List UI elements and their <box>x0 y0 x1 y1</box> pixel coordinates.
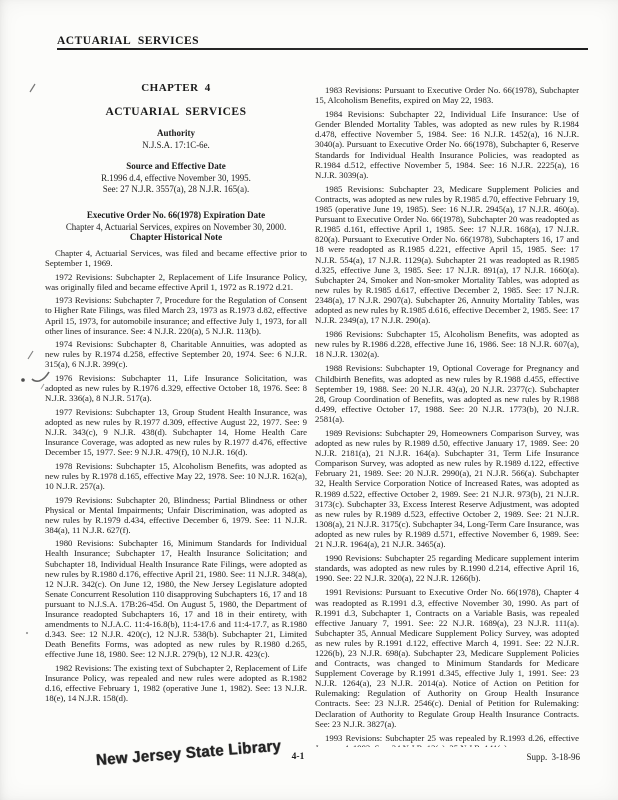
chapter-title: ACTUARIAL SERVICES <box>45 107 307 117</box>
revision-paragraph-1993: 1993 Revisions: Subchapter 25 was repeal… <box>315 733 579 747</box>
left-column: CHAPTER 4 ACTUARIAL SERVICES Authority N… <box>45 83 307 752</box>
authority-citation: N.J.S.A. 17:1C-6e. <box>45 140 307 150</box>
page-number: 4-1 <box>283 752 313 762</box>
revision-paragraph-1991: 1991 Revisions: Pursuant to Executive Or… <box>315 587 579 728</box>
historical-note-heading: Chapter Historical Note <box>45 232 307 242</box>
revision-paragraph-1986: 1986 Revisions: Subchapter 15, Alcoholis… <box>315 329 579 359</box>
revision-paragraph-1978: 1978 Revisions: Subchapter 15, Alcoholis… <box>45 461 307 491</box>
revision-paragraph-1972: 1972 Revisions: Subchapter 2, Replacemen… <box>45 272 307 292</box>
source-heading: Source and Effective Date <box>45 161 307 171</box>
revision-paragraph-1977: 1977 Revisions: Subchapter 13, Group Stu… <box>45 407 307 457</box>
header-rule <box>57 48 588 50</box>
running-head: ACTUARIAL SERVICES <box>57 35 199 47</box>
right-column: 1983 Revisions: Pursuant to Executive Or… <box>315 85 579 747</box>
revision-paragraph-1982: 1982 Revisions: The existing text of Sub… <box>45 663 307 703</box>
expiration-heading: Executive Order No. 66(1978) Expiration … <box>45 210 307 220</box>
authority-heading: Authority <box>45 128 307 138</box>
revision-paragraph-1983: 1983 Revisions: Pursuant to Executive Or… <box>315 85 579 105</box>
revision-paragraph-1974: 1974 Revisions: Subchapter 8, Charitable… <box>45 339 307 369</box>
historical-paragraph: Chapter 4, Actuarial Services, was filed… <box>45 248 307 268</box>
revision-paragraph-1989: 1989 Revisions: Subchapter 29, Homeowner… <box>315 428 579 549</box>
scanned-document-page: ACTUARIAL SERVICES CHAPTER 4 ACTUARIAL S… <box>0 0 618 800</box>
expiration-text: Chapter 4, Actuarial Services, expires o… <box>45 222 307 232</box>
revision-paragraph-1985: 1985 Revisions: Subchapter 23, Medicare … <box>315 184 579 325</box>
chapter-number-heading: CHAPTER 4 <box>45 83 307 93</box>
revision-paragraph-1988: 1988 Revisions: Subchapter 19, Optional … <box>315 363 579 424</box>
source-line-2: See: 27 N.J.R. 3557(a), 28 N.J.R. 165(a)… <box>45 184 307 194</box>
revision-paragraph-1984: 1984 Revisions: Subchapter 22, Individua… <box>315 109 579 180</box>
revision-paragraph-1973: 1973 Revisions: Subchapter 7, Procedure … <box>45 295 307 335</box>
revision-paragraph-1990: 1990 Revisions: Subchapter 25 regarding … <box>315 553 579 583</box>
revision-paragraph-1976: 1976 Revisions: Subchapter 11, Life Insu… <box>45 373 307 403</box>
supplement-date: Supp. 3-18-96 <box>470 752 580 762</box>
revision-paragraph-1979: 1979 Revisions: Subchapter 20, Blindness… <box>45 495 307 535</box>
revision-paragraph-1980: 1980 Revisions: Subchapter 16, Minimum S… <box>45 538 307 659</box>
source-line-1: R.1996 d.4, effective November 30, 1995. <box>45 173 307 183</box>
